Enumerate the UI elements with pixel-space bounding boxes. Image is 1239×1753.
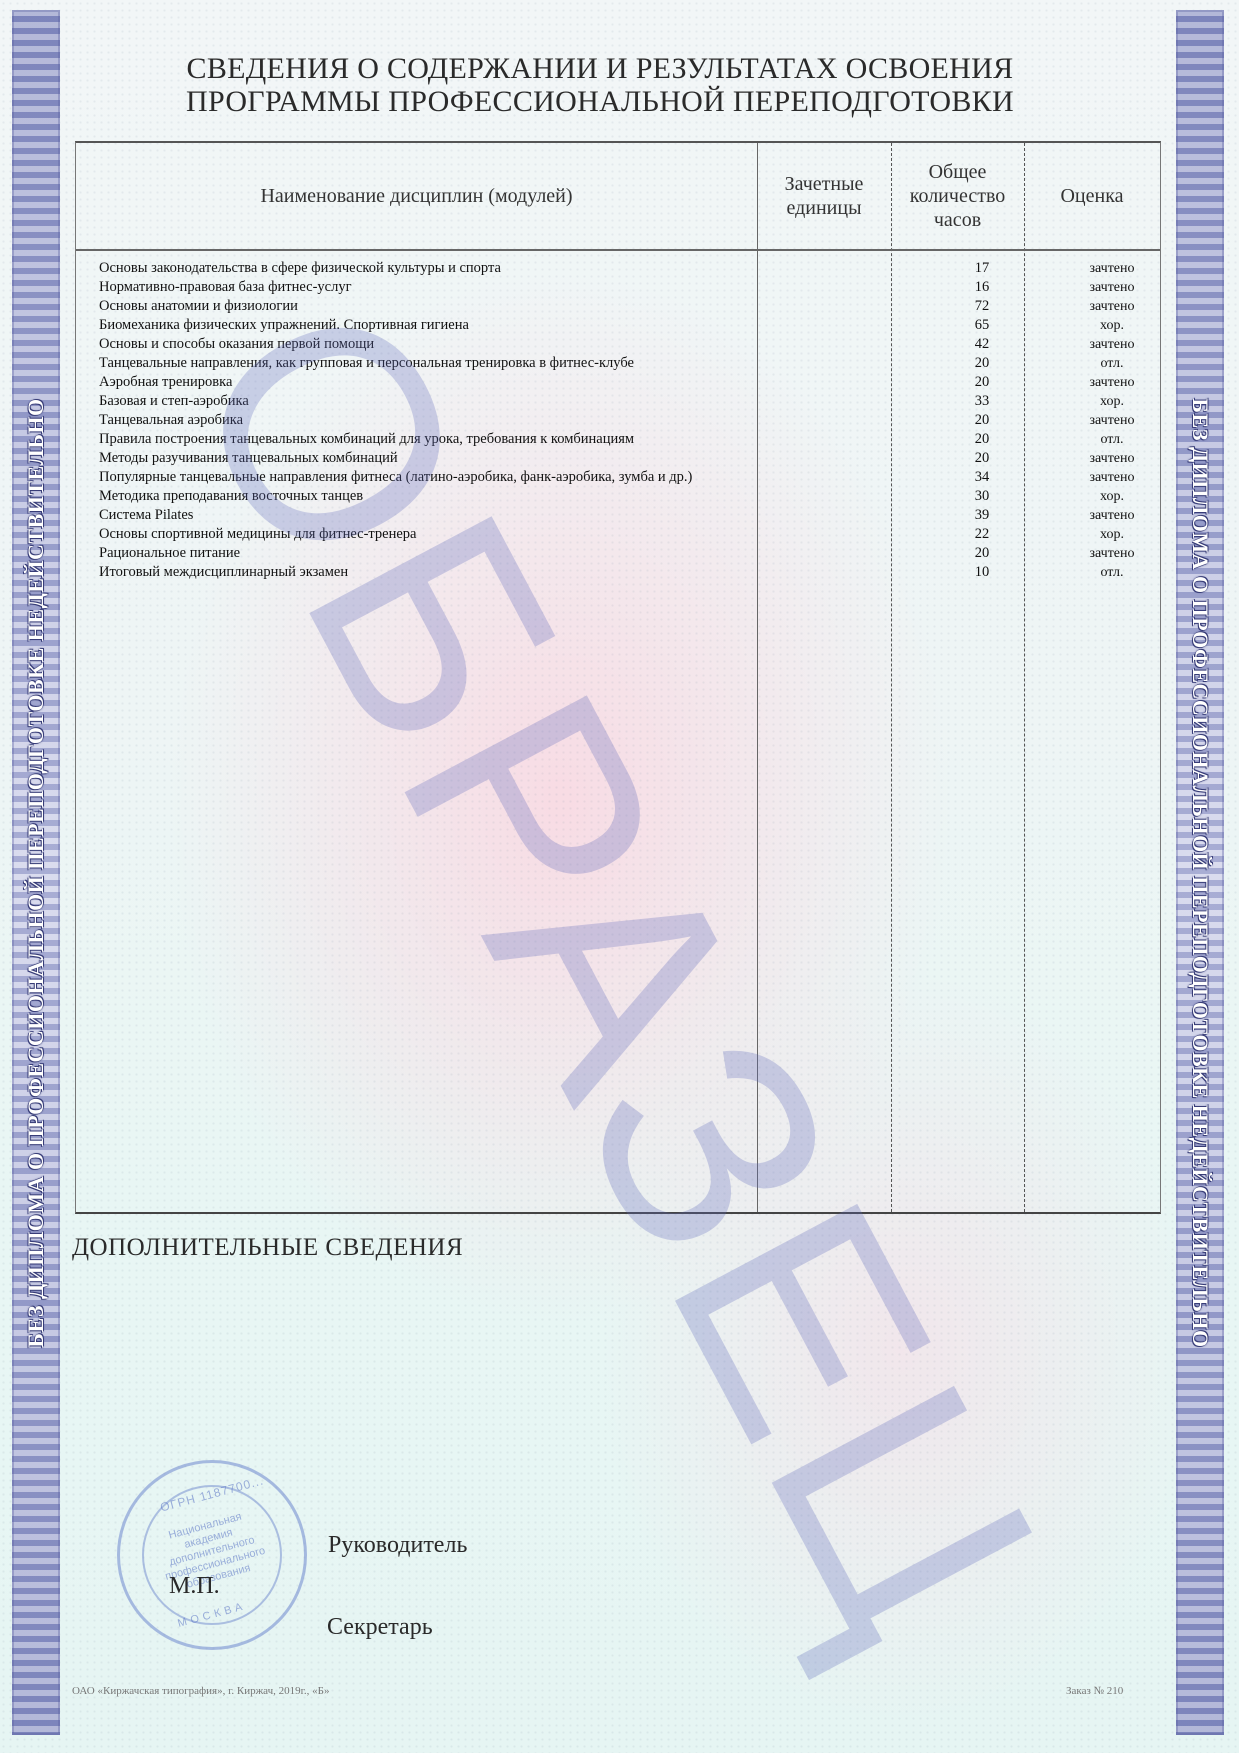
- discipline-name: Методы разучивания танцевальных комбинац…: [99, 449, 759, 468]
- grade-value: зачтено: [1049, 373, 1175, 392]
- grade-value: отл.: [1049, 563, 1175, 582]
- discipline-name: Основы законодательства в сфере физическ…: [99, 259, 759, 278]
- table-body: Основы законодательства в сфере физическ…: [99, 259, 1161, 582]
- discipline-name: Система Pilates: [99, 506, 759, 525]
- table-row: Популярные танцевальные направления фитн…: [99, 468, 1161, 487]
- discipline-name: Основы анатомии и физиологии: [99, 297, 759, 316]
- hours-value: 34: [917, 468, 1047, 487]
- additional-info-title: ДОПОЛНИТЕЛЬНЫЕ СВЕДЕНИЯ: [72, 1234, 463, 1262]
- discipline-name: Основы и способы оказания первой помощи: [99, 335, 759, 354]
- discipline-name: Танцевальная аэробика: [99, 411, 759, 430]
- discipline-name: Популярные танцевальные направления фитн…: [99, 468, 759, 487]
- hours-value: 20: [917, 411, 1047, 430]
- hours-value: 16: [917, 278, 1047, 297]
- hours-value: 17: [917, 259, 1047, 278]
- hours-value: 72: [917, 297, 1047, 316]
- order-number: Заказ № 210: [1066, 1685, 1123, 1697]
- grade-value: зачтено: [1049, 278, 1175, 297]
- header-separator: [76, 249, 1160, 251]
- hours-value: 33: [917, 392, 1047, 411]
- grade-value: зачтено: [1049, 411, 1175, 430]
- right-security-border: БЕЗ ДИПЛОМА О ПРОФЕССИОНАЛЬНОЙ ПЕРЕПОДГО…: [1176, 10, 1224, 1735]
- table-row: Итоговый междисциплинарный экзамен10отл.: [99, 563, 1161, 582]
- discipline-name: Биомеханика физических упражнений. Спорт…: [99, 316, 759, 335]
- table-row: Аэробная тренировка20зачтено: [99, 373, 1161, 392]
- discipline-name: Аэробная тренировка: [99, 373, 759, 392]
- hours-value: 10: [917, 563, 1047, 582]
- grade-value: хор.: [1049, 316, 1175, 335]
- table-row: Нормативно-правовая база фитнес-услуг16з…: [99, 278, 1161, 297]
- grade-value: зачтено: [1049, 259, 1175, 278]
- seal-label: М.П.: [169, 1573, 220, 1600]
- discipline-name: Методика преподавания восточных танцев: [99, 487, 759, 506]
- official-stamp: ОГРН 1187700... Национальная академия до…: [117, 1460, 307, 1650]
- grade-value: зачтено: [1049, 544, 1175, 563]
- secretary-signature-label: Секретарь: [327, 1614, 433, 1641]
- header-credits: Зачетные единицы: [757, 143, 891, 249]
- grade-value: хор.: [1049, 525, 1175, 544]
- grade-value: хор.: [1049, 487, 1175, 506]
- table-row: Основы и способы оказания первой помощи4…: [99, 335, 1161, 354]
- grade-value: отл.: [1049, 430, 1175, 449]
- table-row: Методика преподавания восточных танцев30…: [99, 487, 1161, 506]
- hours-value: 30: [917, 487, 1047, 506]
- hours-value: 20: [917, 430, 1047, 449]
- right-border-text: БЕЗ ДИПЛОМА О ПРОФЕССИОНАЛЬНОЙ ПЕРЕПОДГО…: [1187, 398, 1213, 1347]
- header-grade: Оценка: [1024, 143, 1160, 249]
- table-row: Биомеханика физических упражнений. Спорт…: [99, 316, 1161, 335]
- discipline-name: Основы спортивной медицины для фитнес-тр…: [99, 525, 759, 544]
- hours-value: 20: [917, 449, 1047, 468]
- table-row: Базовая и степ-аэробика33хор.: [99, 392, 1161, 411]
- discipline-name: Танцевальные направления, как групповая …: [99, 354, 759, 373]
- table-row: Методы разучивания танцевальных комбинац…: [99, 449, 1161, 468]
- hours-value: 20: [917, 373, 1047, 392]
- header-hours: Общее количество часов: [891, 143, 1024, 249]
- hours-value: 65: [917, 316, 1047, 335]
- printer-info: ОАО «Киржачская типография», г. Киржач, …: [72, 1685, 330, 1697]
- table-row: Основы анатомии и физиологии72зачтено: [99, 297, 1161, 316]
- table-row: Основы законодательства в сфере физическ…: [99, 259, 1161, 278]
- discipline-name: Рациональное питание: [99, 544, 759, 563]
- stamp-ogrn: ОГРН 1187700...: [121, 1463, 302, 1524]
- grade-value: зачтено: [1049, 468, 1175, 487]
- table-row: Танцевальные направления, как групповая …: [99, 354, 1161, 373]
- hours-value: 39: [917, 506, 1047, 525]
- table-row: Танцевальная аэробика20зачтено: [99, 411, 1161, 430]
- hours-value: 20: [917, 354, 1047, 373]
- grade-value: отл.: [1049, 354, 1175, 373]
- left-border-text: БЕЗ ДИПЛОМА О ПРОФЕССИОНАЛЬНОЙ ПЕРЕПОДГО…: [23, 398, 49, 1347]
- head-signature-label: Руководитель: [328, 1532, 467, 1559]
- hours-value: 42: [917, 335, 1047, 354]
- table-row: Основы спортивной медицины для фитнес-тр…: [99, 525, 1161, 544]
- header-discipline: Наименование дисциплин (модулей): [76, 143, 757, 249]
- title-line-2: ПРОГРАММЫ ПРОФЕССИОНАЛЬНОЙ ПЕРЕПОДГОТОВК…: [150, 85, 1050, 118]
- grade-value: хор.: [1049, 392, 1175, 411]
- left-security-border: БЕЗ ДИПЛОМА О ПРОФЕССИОНАЛЬНОЙ ПЕРЕПОДГО…: [12, 10, 60, 1735]
- grade-value: зачтено: [1049, 297, 1175, 316]
- page-title: СВЕДЕНИЯ О СОДЕРЖАНИИ И РЕЗУЛЬТАТАХ ОСВО…: [150, 52, 1050, 118]
- title-line-1: СВЕДЕНИЯ О СОДЕРЖАНИИ И РЕЗУЛЬТАТАХ ОСВО…: [150, 52, 1050, 85]
- discipline-name: Итоговый междисциплинарный экзамен: [99, 563, 759, 582]
- hours-value: 20: [917, 544, 1047, 563]
- hours-value: 22: [917, 525, 1047, 544]
- table-row: Рациональное питание20зачтено: [99, 544, 1161, 563]
- table-row: Система Pilates39зачтено: [99, 506, 1161, 525]
- grade-value: зачтено: [1049, 506, 1175, 525]
- grade-value: зачтено: [1049, 449, 1175, 468]
- grade-value: зачтено: [1049, 335, 1175, 354]
- discipline-name: Правила построения танцевальных комбинац…: [99, 430, 759, 449]
- table-row: Правила построения танцевальных комбинац…: [99, 430, 1161, 449]
- discipline-name: Базовая и степ-аэробика: [99, 392, 759, 411]
- discipline-name: Нормативно-правовая база фитнес-услуг: [99, 278, 759, 297]
